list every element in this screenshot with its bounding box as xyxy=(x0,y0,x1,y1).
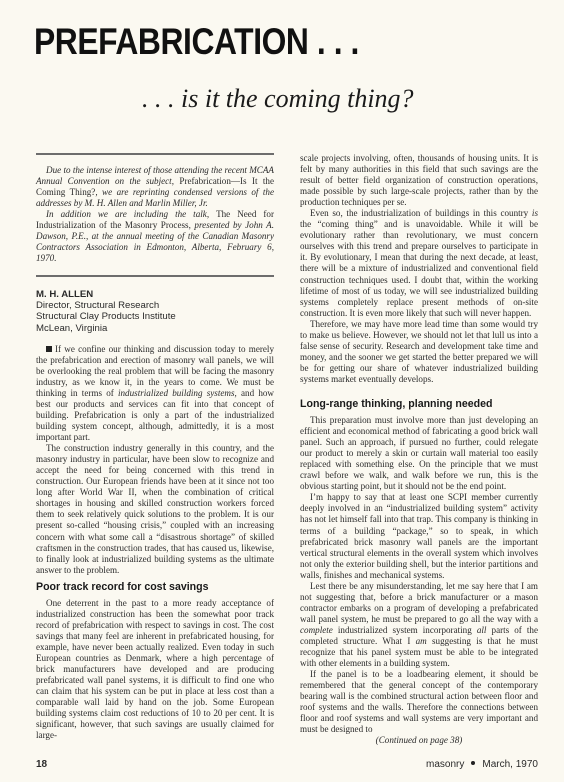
author-title: Director, Structural Research xyxy=(36,300,274,311)
running-footer: masonryMarch, 1970 xyxy=(426,759,538,770)
body-paragraph: If we confine our thinking and discussio… xyxy=(36,344,274,443)
bullet-dot-icon xyxy=(471,761,475,765)
issue-date: March, 1970 xyxy=(482,759,538,770)
editor-intro: Due to the intense interest of those att… xyxy=(36,165,274,264)
section-heading: Long-range thinking, planning needed xyxy=(300,399,538,410)
divider-rule xyxy=(36,275,274,277)
square-bullet-icon xyxy=(46,346,52,352)
author-name: M. H. ALLEN xyxy=(36,289,274,300)
subhead: . . . is it the coming thing? xyxy=(142,84,414,114)
magazine-page: PREFABRICATION . . . . . . is it the com… xyxy=(0,0,564,782)
right-column: scale projects involving, often, thousan… xyxy=(300,153,538,746)
continued-note: (Continued on page 38) xyxy=(300,735,538,746)
author-location: McLean, Virginia xyxy=(36,323,274,334)
intro-paragraph: In addition we are including the talk, T… xyxy=(36,209,274,264)
body-paragraph: I’m happy to say that at least one SCPI … xyxy=(300,492,538,580)
publication-name: masonry xyxy=(426,759,464,770)
body-paragraph: This preparation must involve more than … xyxy=(300,415,538,492)
left-column: Due to the intense interest of those att… xyxy=(36,165,274,741)
body-paragraph: Lest there be any misunderstanding, let … xyxy=(300,581,538,669)
body-paragraph: scale projects involving, often, thousan… xyxy=(300,153,538,208)
body-paragraph: Therefore, we may have more lead time th… xyxy=(300,319,538,385)
author-byline: M. H. ALLEN Director, Structural Researc… xyxy=(36,289,274,334)
body-paragraph: Even so, the industrialization of buildi… xyxy=(300,208,538,318)
body-paragraph: The construction industry generally in t… xyxy=(36,443,274,576)
page-number: 18 xyxy=(36,759,47,770)
body-paragraph: One deterrent in the past to a more read… xyxy=(36,598,274,742)
headline: PREFABRICATION . . . xyxy=(34,21,359,63)
section-heading: Poor track record for cost savings xyxy=(36,582,274,593)
divider-rule xyxy=(36,153,274,155)
body-paragraph: If the panel is to be a loadbearing elem… xyxy=(300,669,538,735)
intro-paragraph: Due to the intense interest of those att… xyxy=(36,165,274,209)
author-org: Structural Clay Products Institute xyxy=(36,311,274,322)
